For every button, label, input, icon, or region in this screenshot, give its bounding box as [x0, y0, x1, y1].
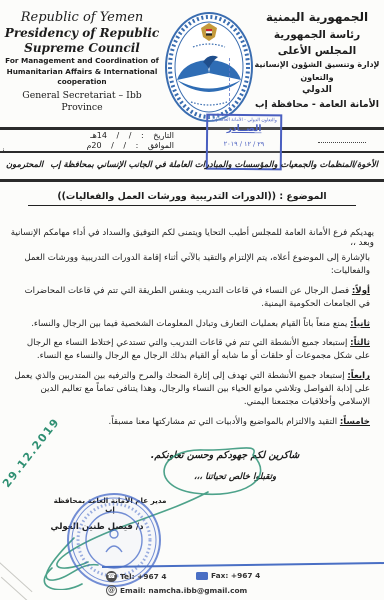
dept-line2-en: Humanitarian Affairs & International	[4, 67, 160, 78]
presidency-line-en: Presidency of Republic	[4, 26, 160, 41]
signer-name: د/ فيصل طنين الغولي	[38, 522, 156, 532]
item-3-text: إستبعاد جميع الأنشطة التي تتم في قاعات ا…	[27, 338, 370, 361]
email-text: Email: namcha.ibb@gmail.com	[120, 586, 247, 595]
country-name-en: Republic of Yemen	[4, 10, 160, 26]
date-block: التاريخ : / / 14هـ الموافق : / / 20م	[14, 131, 174, 152]
pencil-mark	[0, 561, 32, 593]
dept-line1-en: For Management and Coordination of	[4, 56, 160, 67]
country-name-ar: الجمهورية اليمنية	[252, 8, 382, 27]
stamp-date: ٢٩ / ١٢ / ٢٠١٩	[208, 140, 280, 149]
addressee-honorific: المحترمون	[6, 159, 43, 169]
body-item-4: رابعاً: إستبعاد جميع الأنشطة التي تهدف إ…	[12, 370, 370, 409]
date-gregorian-field: الموافق : / / 20م	[14, 141, 174, 151]
item-1-label: أولاً:	[352, 286, 370, 296]
item-2-label: ثانياً:	[350, 319, 370, 329]
addressee-divider	[0, 179, 384, 182]
dept-line1-ar: لإدارة وتنسيق الشؤون الإنسانية والتعاون	[252, 59, 382, 84]
fax-text: Fax: +967 4	[211, 571, 260, 580]
subject-line: الموضوع : ((الدورات التدريبية وورشات الع…	[28, 191, 356, 206]
header-arabic: الجمهورية اليمنية رئاسة الجمهورية المجلس…	[252, 8, 382, 113]
secretariat-line-ar: الأمانة العامة - محافظة إب	[252, 98, 382, 113]
item-4-text: إستبعاد جميع الأنشطة التي تهدف إلى إثارة…	[14, 371, 370, 407]
date-hijri-field: التاريخ : / / 14هـ	[14, 131, 174, 141]
footer-fax: Fax: +967 4	[196, 571, 260, 580]
council-line-ar: المجلس الأعلى	[252, 43, 382, 59]
body-item-3: ثالثاً: إستبعاد جميع الأنشطة التي تتم في…	[12, 337, 370, 363]
item-4-label: رابعاً:	[347, 371, 370, 381]
item-5-text: التقيد والالتزام بالمواضيع والأدبيات الت…	[109, 417, 338, 427]
footer-tel: ☎ Tel: +967 4	[106, 571, 166, 582]
signer-title: مدير عام الأمانة العامة بمحافظة إب	[52, 496, 168, 514]
scanned-letter-page: Republic of Yemen Presidency of Republic…	[0, 0, 384, 600]
stamp-department-text: والتعاون الدولي - الأمانة العامة إب	[208, 118, 280, 124]
header-divider	[0, 127, 384, 130]
dept-line2-ar: الدولي	[252, 84, 382, 98]
council-line-en: Supreme Council	[4, 41, 160, 56]
stamp-outgoing-label: الصــادر	[208, 123, 280, 135]
footer-email: @ Email: namcha.ibb@gmail.com	[106, 585, 247, 596]
body-item-5: خامساً: التقيد والالتزام بالمواضيع والأد…	[12, 416, 370, 429]
closing-thanks: شاكرين لكم جهودكم وحسن تعاونكم.	[110, 450, 340, 461]
item-1-text: فصل الرجال عن النساء في قاعات التدريب وب…	[25, 286, 370, 309]
dept-line3-en: cooperation	[4, 77, 160, 88]
subject-label: الموضوع :	[279, 191, 326, 202]
fax-icon	[196, 572, 208, 580]
item-2-text: يمنع منعاً باتاً القيام بعمليات التعارف …	[31, 319, 347, 329]
tel-text: Tel: +967 4	[120, 572, 166, 581]
greeting-line: يهديكم فرع الأمانة العامة للمجلس أطيب ال…	[10, 228, 374, 248]
item-5-label: خامساً:	[340, 417, 370, 427]
email-icon: @	[106, 585, 117, 596]
stamp-dashed-line	[229, 58, 230, 116]
secretariat-line-en: General Secretariat – Ibb Province	[4, 90, 160, 113]
presidency-line-ar: رئاسة الجمهورية	[252, 27, 382, 43]
footer-divider	[102, 562, 384, 568]
body-intro: بالإشارة إلى الموضوع أعلاه، يتم الإلتزام…	[12, 252, 370, 278]
margin-mark: نـ	[0, 145, 5, 154]
closing-regards: وتقبلوا خالص تحياتنا ،،،	[150, 472, 320, 482]
addressee-line: الأخوة/المنظمات والجمعيات والمؤسسات والم…	[6, 159, 378, 169]
yemen-supreme-council-seal-icon	[163, 10, 255, 128]
addressee-text: الأخوة/المنظمات والجمعيات والمؤسسات والم…	[50, 159, 378, 169]
body-item-1: أولاً: فصل الرجال عن النساء في قاعات الت…	[12, 285, 370, 311]
header-english: Republic of Yemen Presidency of Republic…	[4, 10, 160, 113]
letter-body: بالإشارة إلى الموضوع أعلاه، يتم الإلتزام…	[12, 252, 370, 436]
subject-text: ((الدورات التدريبية وورشات العمل والفعال…	[57, 191, 276, 202]
phone-icon: ☎	[106, 571, 117, 582]
reference-number-dotted-line	[318, 142, 366, 143]
body-item-2: ثانياً: يمنع منعاً باتاً القيام بعمليات …	[12, 318, 370, 331]
item-3-label: ثالثاً:	[350, 338, 370, 348]
